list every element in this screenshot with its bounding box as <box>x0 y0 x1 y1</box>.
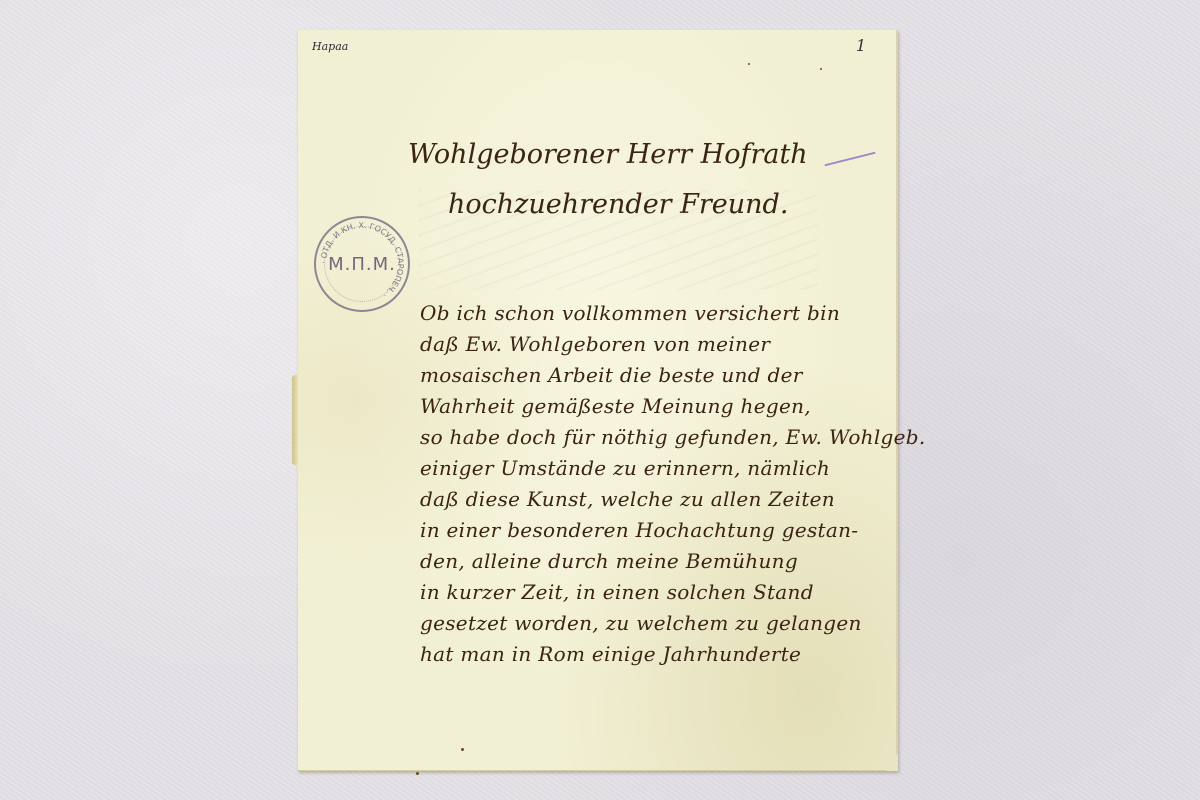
stamp-center-text: М.П.М. <box>328 254 396 275</box>
purple-pencil-mark <box>825 152 876 167</box>
body-line: hat man in Rom einige Jahrhunderte <box>420 639 890 670</box>
body-line: Ob ich schon vollkommen versichert bin <box>420 298 890 329</box>
body-line: in kurzer Zeit, in einen solchen Stand <box>420 577 890 608</box>
body-line: in einer besonderen Hochachtung gestan- <box>420 515 890 546</box>
body-line: den, alleine durch meine Bemühung <box>420 546 890 577</box>
salutation-line-1: Wohlgeborener Herr Hofrath <box>408 130 808 180</box>
paper-speck <box>416 772 419 775</box>
paper-speck <box>461 748 464 751</box>
body-line: Wahrheit gemäßeste Meinung hegen, <box>420 391 890 422</box>
salutation: Wohlgeborener Herr Hofrath hochzuehrende… <box>408 130 808 230</box>
museum-stamp: · ОТД. И КН. Х. ГОСУД. СТАРОПЕЧ. · М.П.М… <box>314 216 410 312</box>
salutation-line-2: hochzuehrender Freund. <box>408 180 808 230</box>
body-line: einiger Umstände zu erinnern, nämlich <box>420 453 890 484</box>
page-number: 1 <box>856 36 866 55</box>
torn-corner <box>886 753 898 771</box>
paper-speck <box>820 68 822 70</box>
body-line: daß diese Kunst, welche zu allen Zeiten <box>420 484 890 515</box>
letter-page: Нараа 1 Wohlgeborener Herr Hofrath hochz… <box>298 30 898 771</box>
body-line: so habe doch für nöthig gefunden, Ew. Wo… <box>420 422 890 453</box>
letter-body: Ob ich schon vollkommen versichert bin d… <box>420 298 890 670</box>
body-line: daß Ew. Wohlgeboren von meiner <box>420 329 890 360</box>
archive-note: Нараа <box>312 40 348 53</box>
paper-speck <box>748 63 750 65</box>
body-line: gesetzet worden, zu welchem zu gelangen <box>420 608 890 639</box>
body-line: mosaischen Arbeit die beste und der <box>420 360 890 391</box>
